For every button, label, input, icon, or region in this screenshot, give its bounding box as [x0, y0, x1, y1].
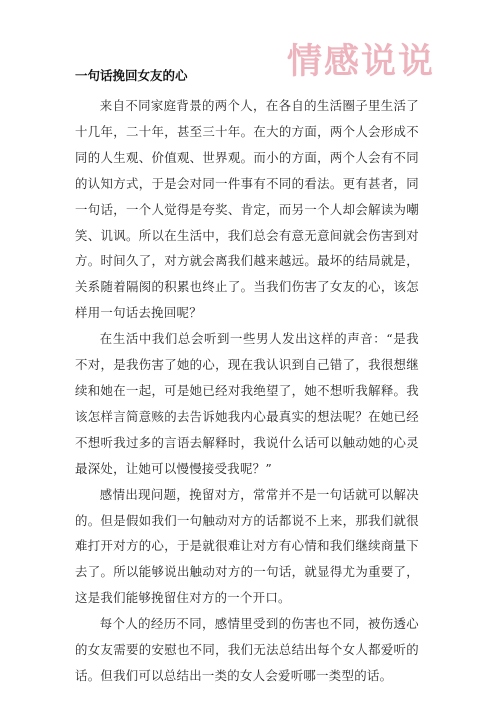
document-body: 一句话挽回女友的心 来自不同家庭背景的两个人，在各自的生活圈子里生活了十几年，二…: [75, 66, 419, 689]
paragraph-2: 在生活中我们总会听到一些男人发出这样的声音：“是我不对，是我伤害了她的心，现在我…: [75, 326, 419, 481]
document-title: 一句话挽回女友的心: [75, 66, 419, 86]
paragraph-4: 每个人的经历不同，感情里受到的伤害也不同，被伤透心的女友需要的安慰也不同，我们无…: [75, 611, 419, 689]
paragraph-3: 感情出现问题，挽留对方，常常并不是一句话就可以解决的。但是假如我们一句触动对方的…: [75, 482, 419, 612]
paragraph-1: 来自不同家庭背景的两个人，在各自的生活圈子里生活了十几年，二十年，甚至三十年。在…: [75, 93, 419, 326]
